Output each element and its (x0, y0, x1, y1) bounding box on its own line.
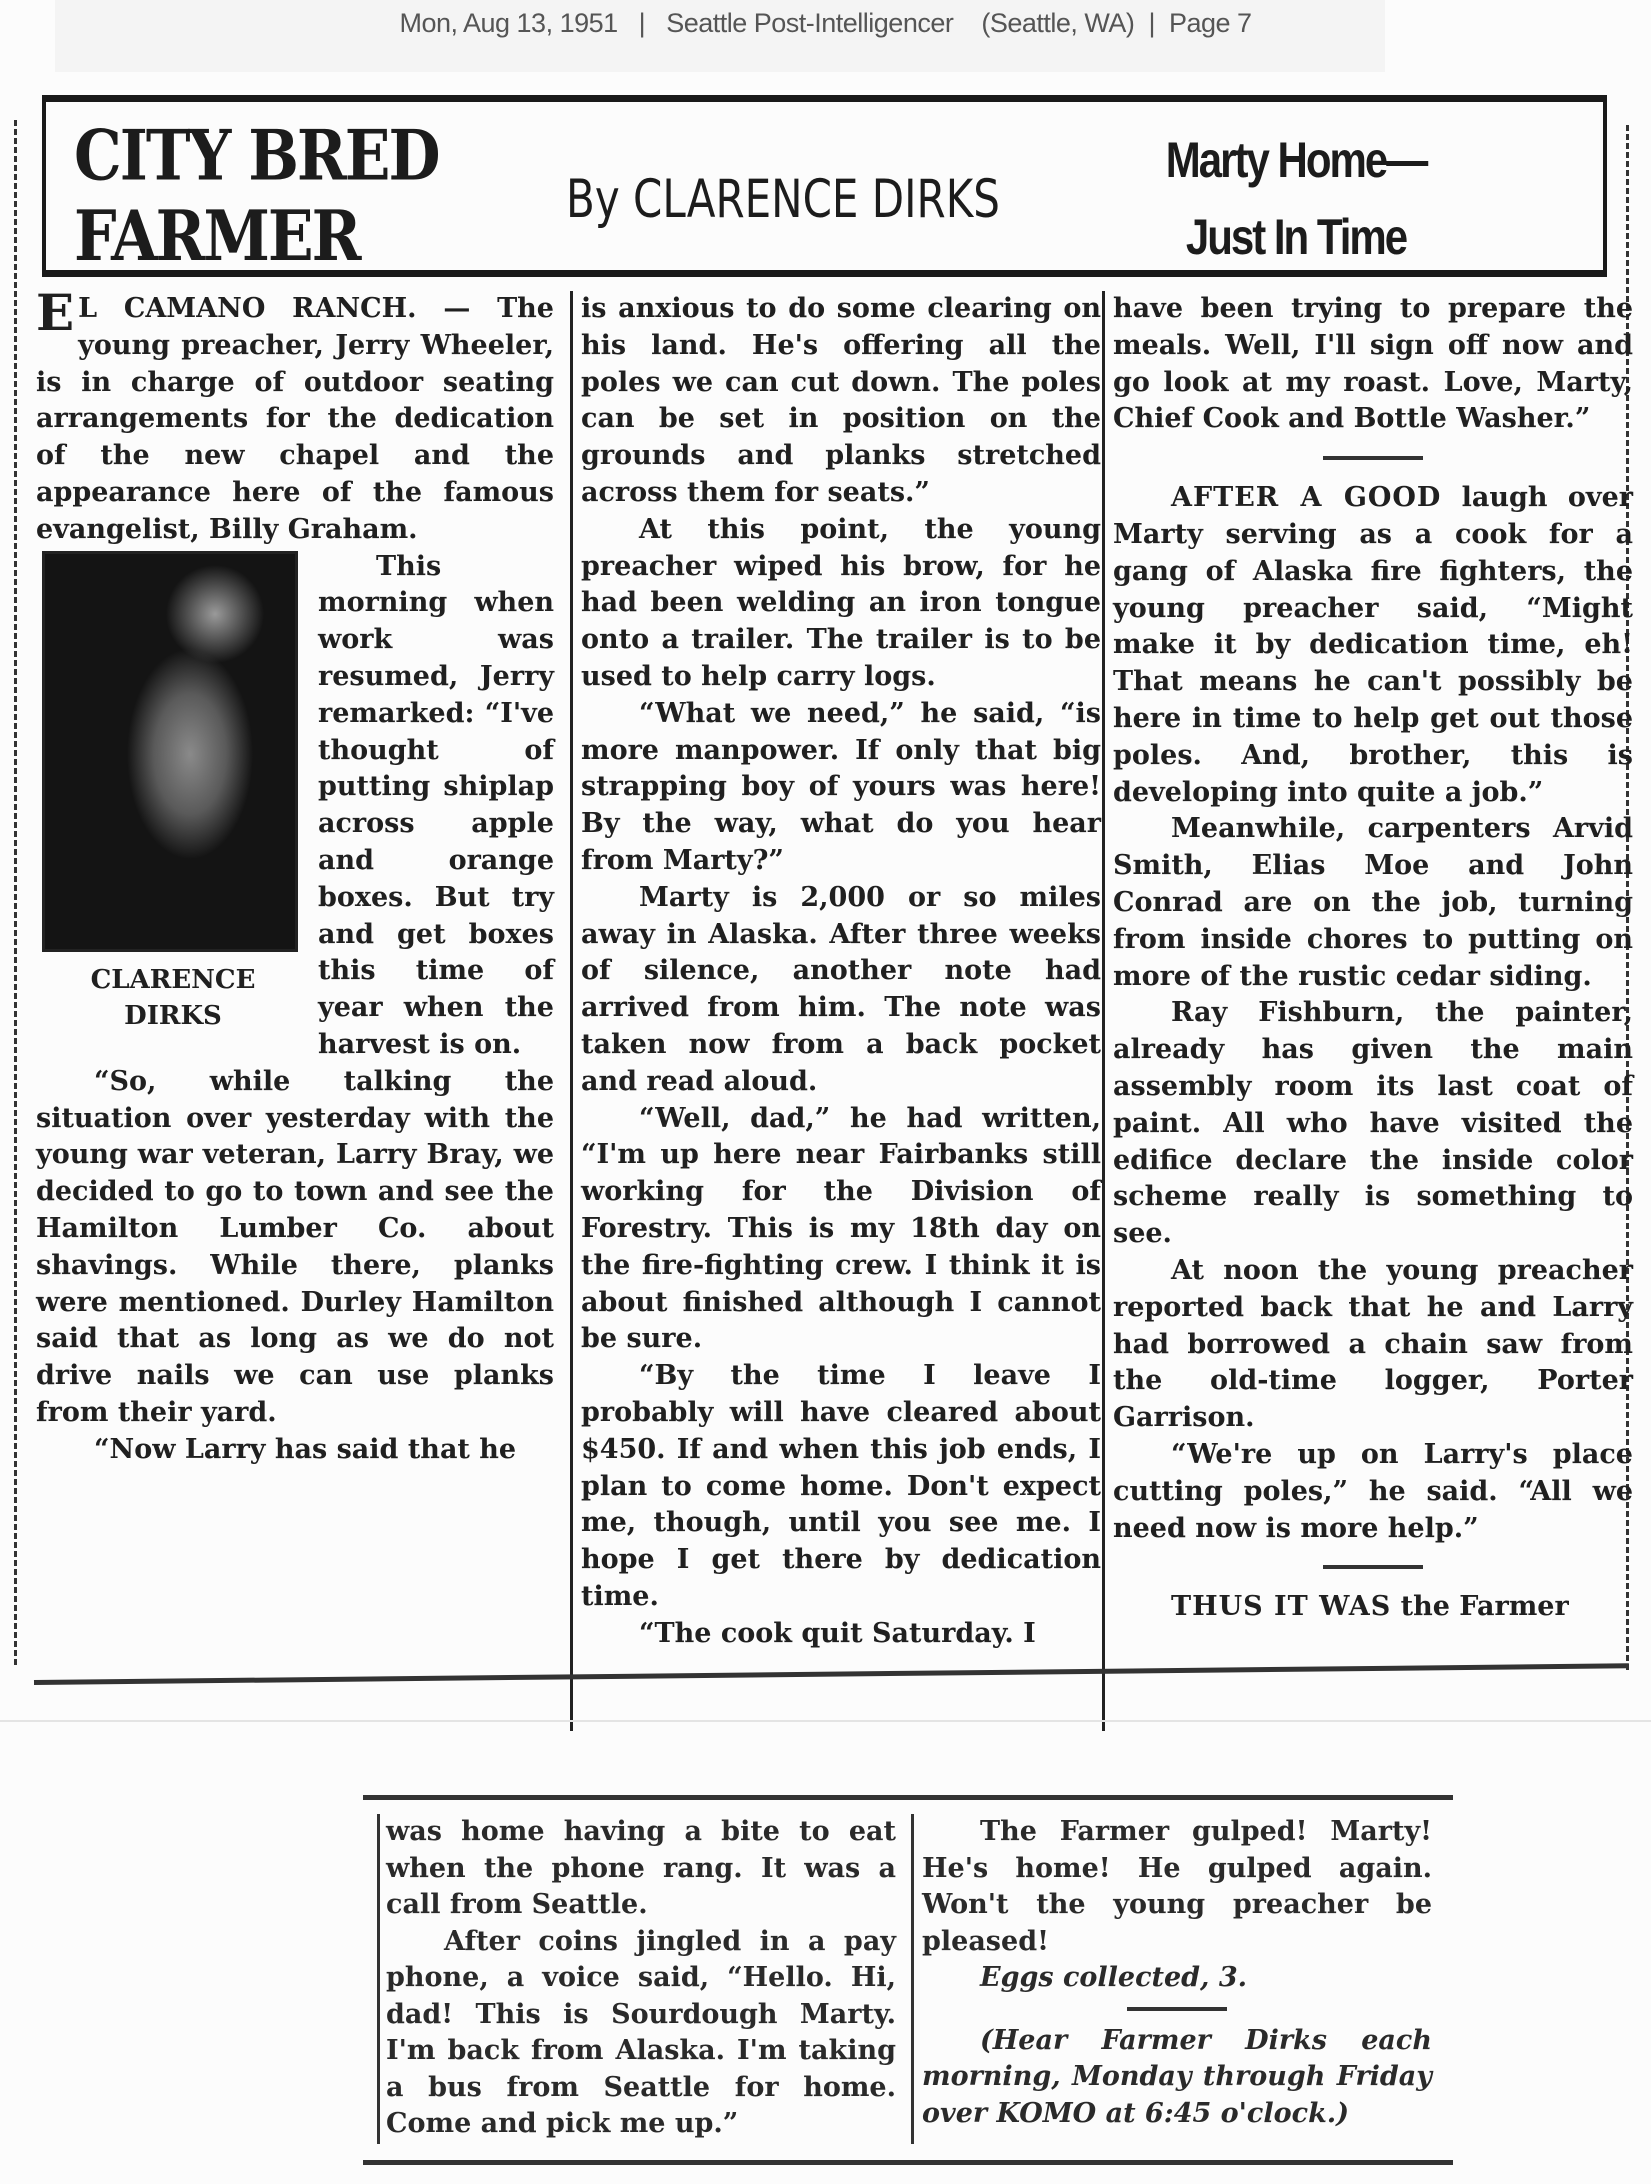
para-text: L CAMANO RANCH. — The young preacher, Je… (36, 293, 554, 545)
article-column-3: have been trying to prepare the meals. W… (1102, 291, 1633, 1731)
paragraph: Marty is 2,000 or so miles away in Alask… (581, 880, 1101, 1101)
paragraph: After coins jingled in a pay phone, a vo… (386, 1924, 896, 2143)
paragraph: “Now Larry has said that he (36, 1432, 554, 1469)
paragraph: “By the time I leave I probably will hav… (581, 1358, 1101, 1616)
drop-cap: E (36, 293, 74, 333)
paragraph: Meanwhile, carpenters Arvid Smith, Elias… (1113, 811, 1633, 995)
portrait-image (42, 551, 298, 952)
eggs-collected: Eggs collected, 3. (922, 1960, 1432, 1997)
continuation-clipping: was home having a bite to eat when the p… (363, 1795, 1453, 2165)
continuation-column-right: The Farmer gulped! Marty! He's home! He … (911, 1814, 1432, 2144)
citation-publication: Seattle Post-Intelligencer (666, 8, 953, 38)
byline: By CLARENCE DIRKS (566, 168, 1000, 229)
masthead: CITY BRED FARMER By CLARENCE DIRKS Marty… (42, 95, 1607, 277)
section-divider (1323, 1565, 1423, 1569)
headline: Marty Home— Just In Time (1076, 122, 1516, 276)
paragraph: AFTER A GOOD laugh over Marty serving as… (1113, 480, 1633, 811)
paragraph: “Well, dad,” he had written, “I'm up her… (581, 1101, 1101, 1359)
article-column-2: is anxious to do some clearing on his la… (570, 291, 1101, 1731)
column-rule (14, 120, 21, 1665)
section-lead: THUS IT WAS (1171, 1591, 1391, 1622)
paragraph: was home having a bite to eat when the p… (386, 1814, 896, 1924)
paragraph: is anxious to do some clearing on his la… (581, 291, 1101, 512)
radio-note: (Hear Farmer Dirks each morning, Monday … (922, 2023, 1432, 2133)
paragraph: The Farmer gulped! Marty! He's home! He … (922, 1814, 1432, 1960)
citation-header: Mon, Aug 13, 1951 | Seattle Post-Intelli… (0, 8, 1651, 39)
page-fold (0, 1720, 1651, 1722)
para-text: the Farmer (1391, 1591, 1568, 1622)
paragraph: THUS IT WAS the Farmer (1113, 1589, 1633, 1626)
paragraph: have been trying to prepare the meals. W… (1113, 291, 1633, 438)
section-lead: AFTER A GOOD (1171, 482, 1441, 513)
citation-location: (Seattle, WA) (981, 8, 1134, 38)
paragraph: “The cook quit Saturday. I (581, 1616, 1101, 1653)
column-title: CITY BRED FARMER (74, 116, 454, 277)
citation-separator: | (1148, 8, 1155, 38)
paragraph: “What we need,” he said, “is more manpow… (581, 696, 1101, 880)
article-column-1: EL CAMANO RANCH. — The young preacher, J… (36, 291, 554, 1731)
paragraph: Ray Fishburn, the painter, already has g… (1113, 995, 1633, 1253)
citation-date: Mon, Aug 13, 1951 (399, 8, 617, 38)
citation-page: Page 7 (1169, 8, 1252, 38)
paragraph: At noon the young preacher reported back… (1113, 1253, 1633, 1437)
paragraph: At this point, the young preacher wiped … (581, 512, 1101, 696)
citation-separator: | (639, 8, 646, 38)
newspaper-clipping: CITY BRED FARMER By CLARENCE DIRKS Marty… (14, 95, 1634, 1685)
author-photo: CLARENCE DIRKS (42, 551, 304, 1041)
paragraph: “We're up on Larry's place cutting poles… (1113, 1437, 1633, 1547)
paragraph: EL CAMANO RANCH. — The young preacher, J… (36, 291, 554, 549)
para-text: laugh over Marty serving as a cook for a… (1113, 482, 1633, 807)
continuation-column-left: was home having a bite to eat when the p… (377, 1814, 896, 2144)
paragraph: “So, while talking the situation over ye… (36, 1064, 554, 1432)
photo-caption: CLARENCE DIRKS (42, 962, 304, 1034)
section-divider (1127, 2007, 1227, 2011)
section-divider (1323, 456, 1423, 460)
